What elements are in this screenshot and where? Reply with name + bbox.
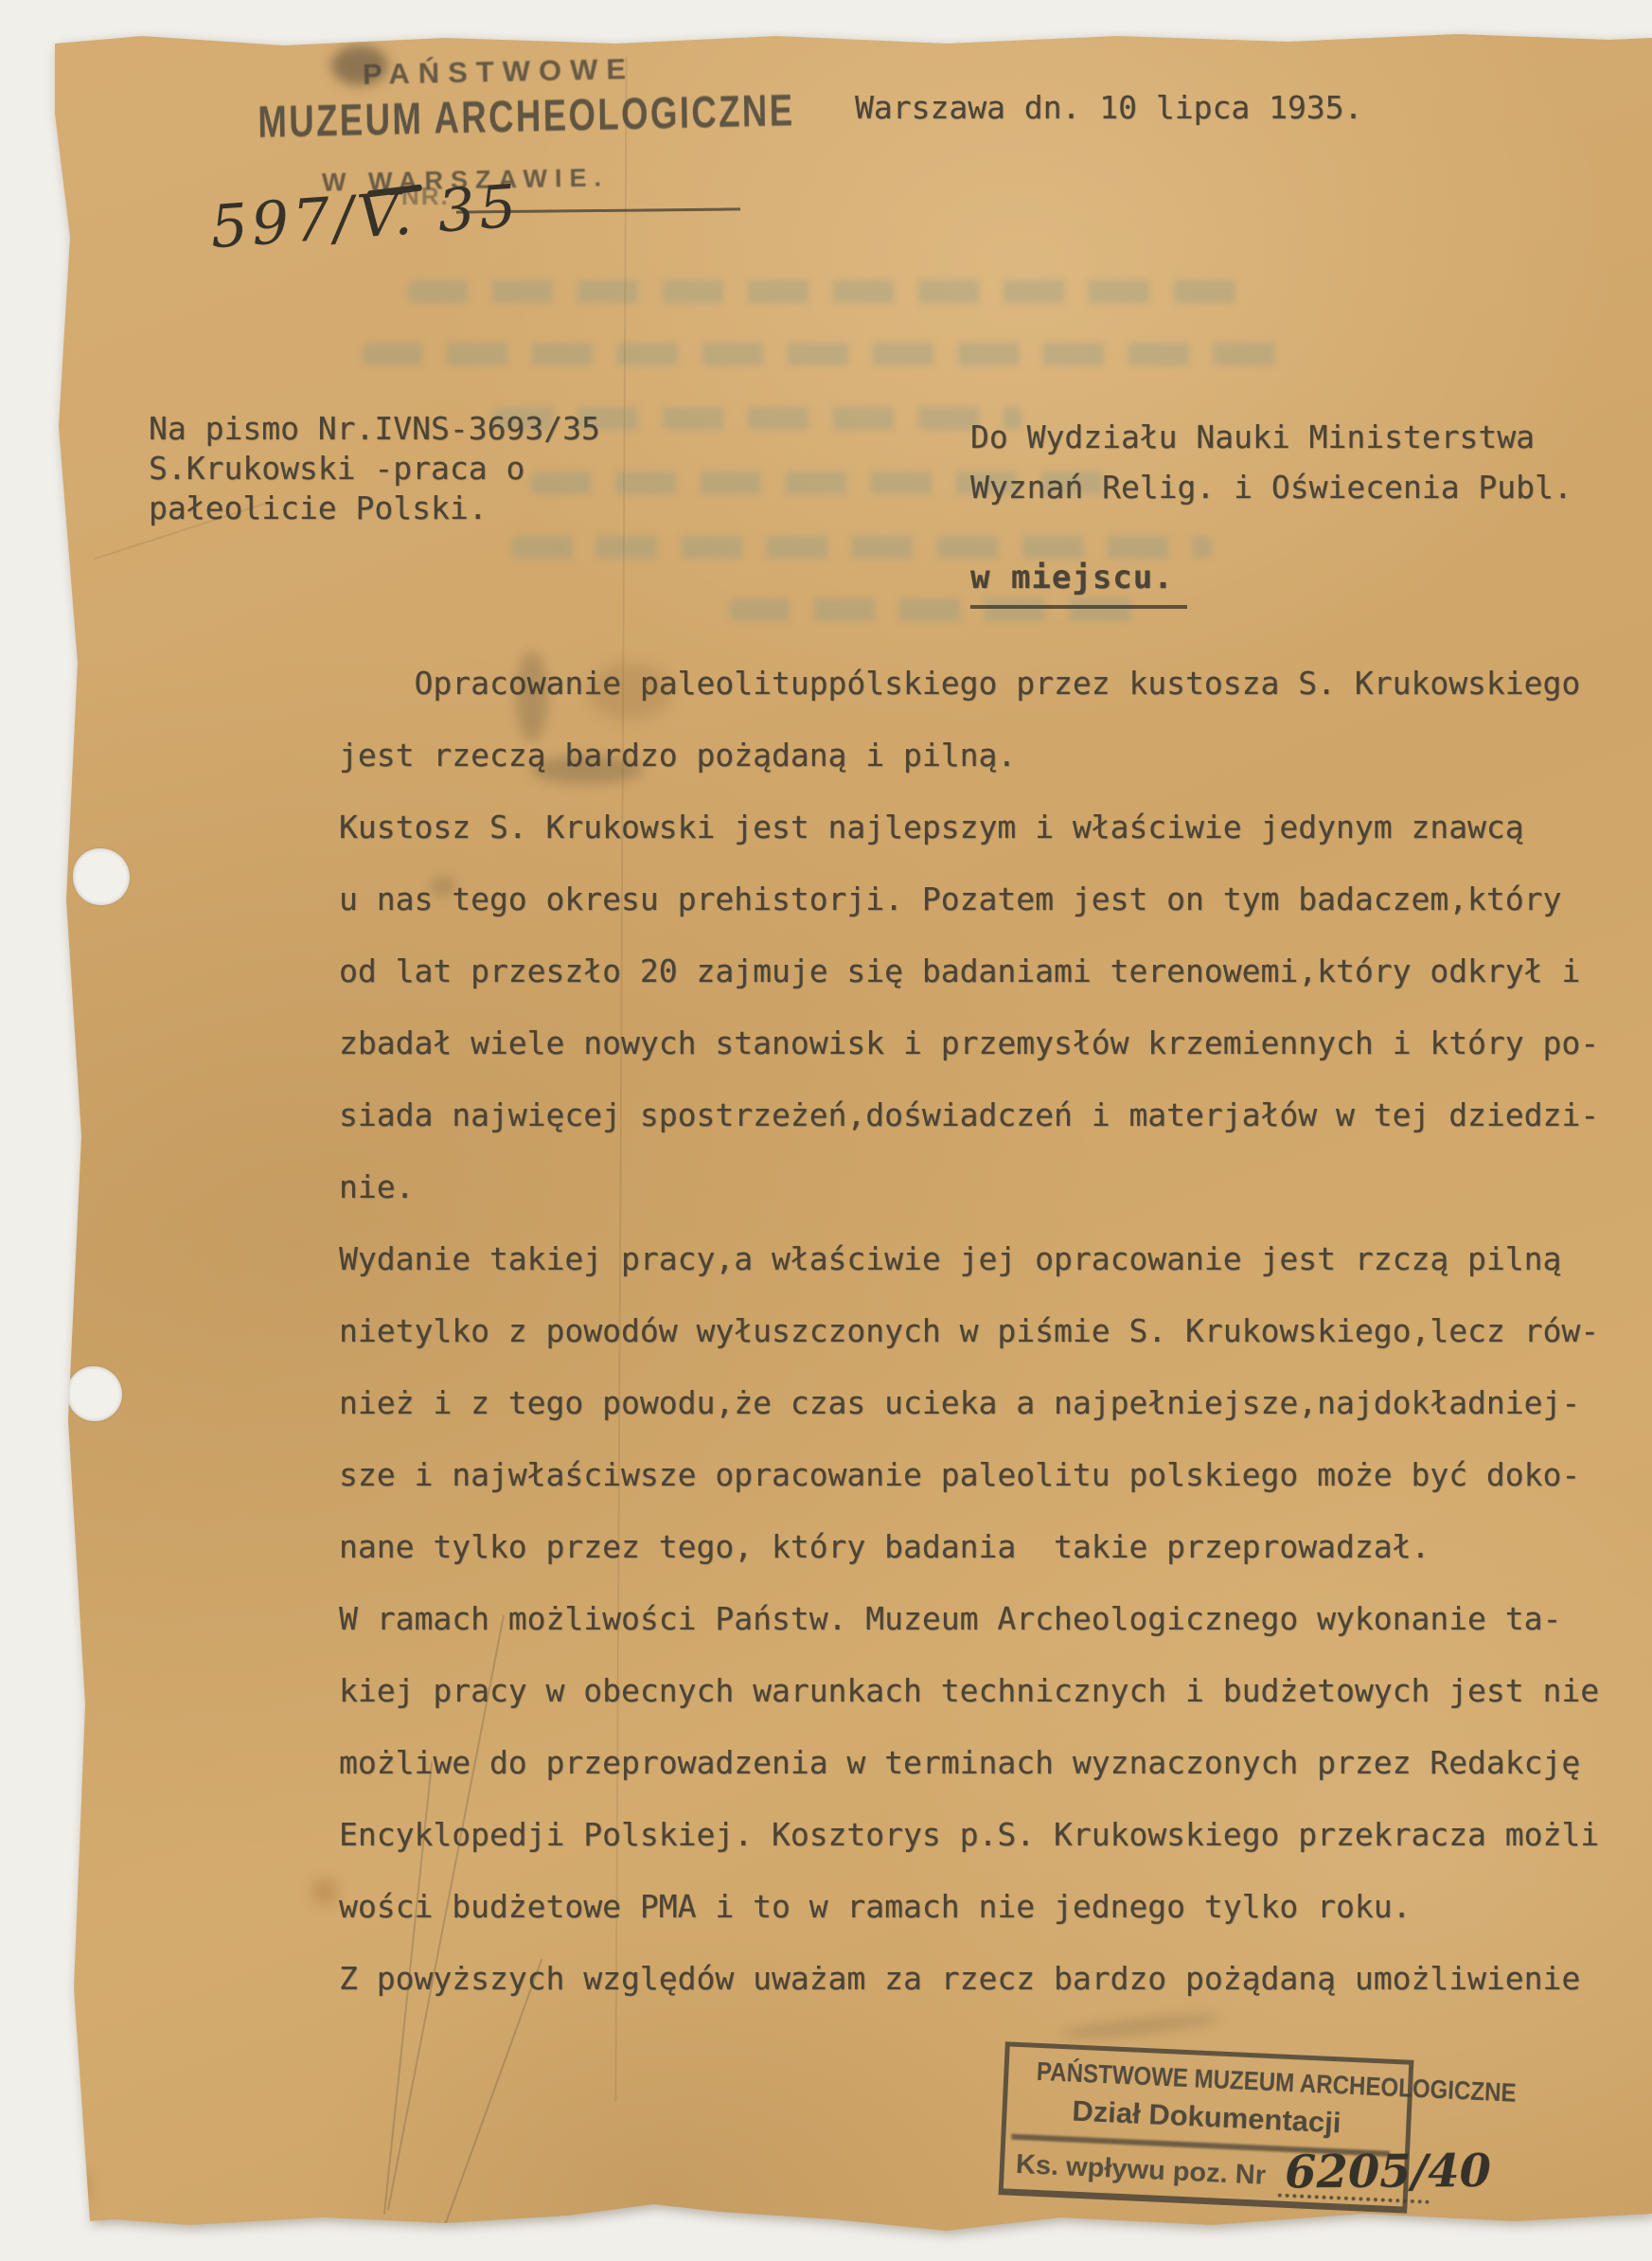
reference-line: Na pismo Nr.IVNS-3693/35 [149, 409, 600, 449]
typed-line: W ramach możliwości Państw. Muzeum Arche… [339, 1583, 1599, 1655]
typed-line: możliwe do przeprowadzenia w terminach w… [339, 1727, 1599, 1799]
ghost-ink-transfer [407, 280, 1259, 303]
reference-block: Na pismo Nr.IVNS-3693/35S.Krukowski -pra… [149, 409, 600, 528]
header-stamp-line1: PAŃSTWOWE [363, 52, 635, 92]
typed-line: Z powyższych względów uważam za rzecz ba… [339, 1943, 1599, 2015]
typed-line: Encyklopedji Polskiej. Kosztorys p.S. Kr… [339, 1799, 1599, 1871]
typed-line: nietylko z powodów wyłuszczonych w piśmi… [339, 1295, 1599, 1367]
punch-hole [67, 1366, 122, 1421]
typed-line: od lat przeszło 20 zajmuje się badaniami… [339, 935, 1599, 1007]
ink-smudge [516, 651, 548, 741]
receipt-stamp-line3: Ks. wpływu poz. Nr [1015, 2149, 1266, 2192]
ink-smudge [1060, 2010, 1222, 2042]
paper-sheet-wrapper: PAŃSTWOWE MUZEUM ARCHEOLOGICZNE W WARSZA… [0, 0, 1652, 2261]
typed-line: zbadał wiele nowych stanowisk i przemysł… [339, 1007, 1599, 1079]
addressee-line: Wyznań Relig. i Oświecenia Publ. [970, 462, 1572, 512]
handwritten-file-number: 597/V. 35 [208, 171, 523, 262]
typed-line: kiej pracy w obecnych warunkach technicz… [339, 1655, 1599, 1727]
paper-sheet: PAŃSTWOWE MUZEUM ARCHEOLOGICZNE W WARSZA… [0, 0, 1652, 2261]
letter-body: Opracowanie paleolituppólskiego przez ku… [339, 648, 1599, 2015]
typed-line: sze i najwłaściwsze opracowanie paleolit… [339, 1439, 1599, 1511]
paper-stain [312, 1879, 337, 1904]
header-stamp-line2: MUZEUM ARCHEOLOGICZNE [258, 83, 795, 148]
typed-line: u nas tego okresu prehistorji. Pozatem j… [339, 863, 1599, 935]
reference-line: pałeolicie Polski. [149, 489, 600, 528]
typed-line: Wydanie takiej pracy,a właściwie jej opr… [339, 1223, 1599, 1295]
ink-smudge [530, 756, 644, 784]
place-line: w miejscu. [970, 559, 1187, 609]
dateline: Warszawa dn. 10 lipca 1935. [855, 89, 1362, 126]
paper-stain [587, 663, 672, 720]
typed-line: siada najwięcej spostrzeżeń,doświadczeń … [339, 1079, 1599, 1151]
addressee-block: Do Wydziału Nauki MinisterstwaWyznań Rel… [970, 412, 1572, 512]
typed-line: nież i z tego powodu,że czas ucieka a na… [339, 1367, 1599, 1439]
typed-line: wości budżetowe PMA i to w ramach nie je… [339, 1871, 1599, 1943]
typed-line: Kustosz S. Krukowski jest najlepszym i w… [339, 792, 1599, 863]
typed-line: nane tylko przez tego, który badania tak… [339, 1511, 1599, 1583]
reference-line: S.Krukowski -praca o [149, 449, 600, 489]
handwritten-receipt-number: 6205/40 [1285, 2145, 1491, 2199]
ink-smudge [431, 876, 455, 897]
ghost-ink-transfer [511, 536, 1212, 559]
punch-hole [73, 848, 130, 905]
ghost-ink-transfer [362, 343, 1289, 365]
receipt-stamp: PAŃSTWOWE MUZEUM ARCHEOLOGICZNE Dział Do… [999, 2041, 1414, 2213]
paper-stain [53, 2168, 91, 2206]
typed-line: nie. [339, 1151, 1599, 1223]
addressee-line: Do Wydziału Nauki Ministerstwa [970, 412, 1572, 462]
scanned-letter-page: { "document": { "header_stamp": { "line1… [0, 0, 1652, 2261]
